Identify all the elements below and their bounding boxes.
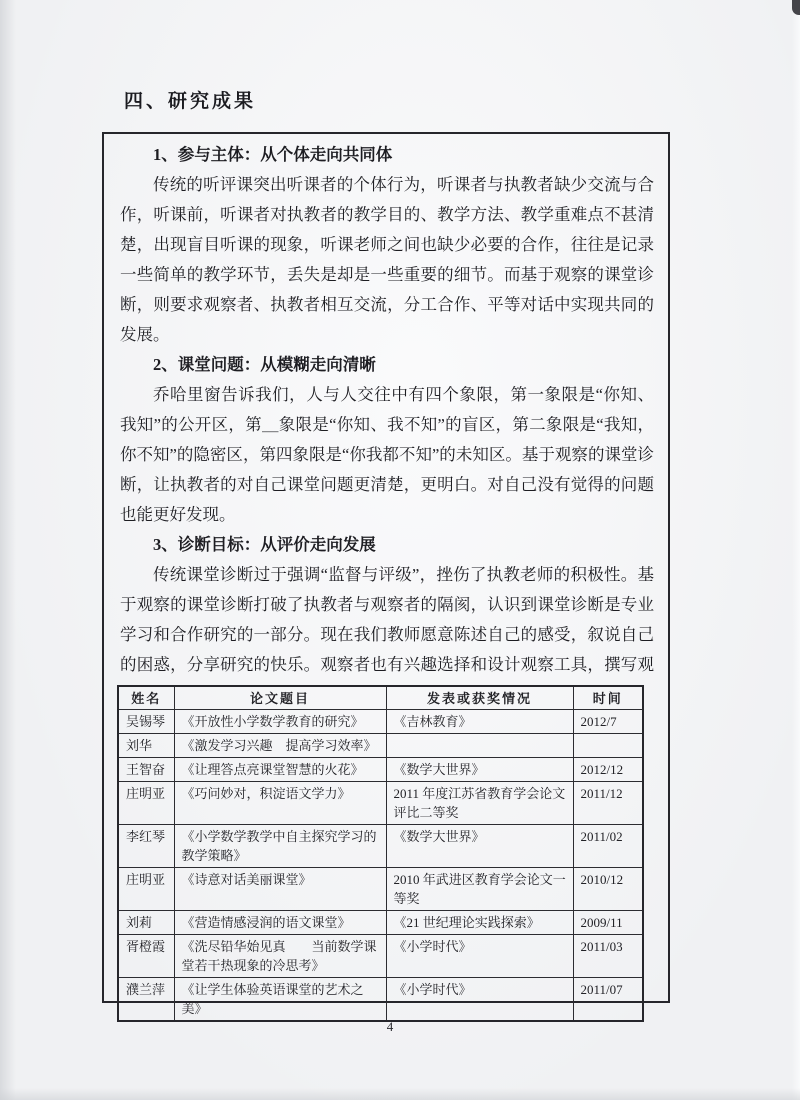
table-row: 吴锡琴 《开放性小学数学教育的研究》 《吉林教育》 2012/7 xyxy=(118,710,643,734)
table-row: 庄明亚 《巧问妙对，积淀语文学力》 2011 年度江苏省教育学会论文评比二等奖 … xyxy=(118,782,643,825)
section-2-heading: 2、课堂问题：从模糊走向清晰 xyxy=(120,350,654,380)
cell-name: 吴锡琴 xyxy=(118,710,174,734)
content-box: 1、参与主体：从个体走向共同体 传统的听评课突出听课者的个体行为，听课者与执教者… xyxy=(102,132,670,1003)
table-row: 王智奋 《让理答点亮课堂智慧的火花》 《数学大世界》 2012/12 xyxy=(118,758,643,782)
cell-publication: 《21 世纪理论实践探索》 xyxy=(386,911,573,935)
cell-date: 2011/07 xyxy=(573,978,643,1022)
cell-name: 刘华 xyxy=(118,734,174,758)
cell-name: 胥橙霞 xyxy=(118,935,174,978)
table-row: 刘华 《激发学习兴趣 提高学习效率》 xyxy=(118,734,643,758)
table-header-row: 姓名 论文题目 发表或获奖情况 时间 xyxy=(118,686,643,710)
cell-paper-title: 《开放性小学数学教育的研究》 xyxy=(174,710,386,734)
cell-publication xyxy=(386,734,573,758)
cell-date: 2011/12 xyxy=(573,782,643,825)
cell-publication: 《小学时代》 xyxy=(386,935,573,978)
cell-name: 庄明亚 xyxy=(118,868,174,911)
cell-paper-title: 《诗意对话美丽课堂》 xyxy=(174,868,386,911)
column-header-publication-award: 发表或获奖情况 xyxy=(386,686,573,710)
column-header-date: 时间 xyxy=(573,686,643,710)
cell-name: 濮兰萍 xyxy=(118,978,174,1022)
cell-date xyxy=(573,734,643,758)
section-1-heading: 1、参与主体：从个体走向共同体 xyxy=(120,140,654,170)
cell-paper-title: 《激发学习兴趣 提高学习效率》 xyxy=(174,734,386,758)
cell-paper-title: 《营造情感浸润的语文课堂》 xyxy=(174,911,386,935)
cell-name: 李红琴 xyxy=(118,825,174,868)
column-header-name: 姓名 xyxy=(118,686,174,710)
cell-paper-title: 《小学数学教学中自主探究学习的教学策略》 xyxy=(174,825,386,868)
cell-date: 2012/7 xyxy=(573,710,643,734)
cell-name: 王智奋 xyxy=(118,758,174,782)
section-3-heading: 3、诊断目标：从评价走向发展 xyxy=(120,530,654,560)
cell-publication: 《吉林教育》 xyxy=(386,710,573,734)
section-3-paragraph: 传统课堂诊断过于强调“监督与评级”，挫伤了执教老师的积极性。基于观察的课堂诊断打… xyxy=(120,560,654,685)
cell-date: 2012/12 xyxy=(573,758,643,782)
page-number: 4 xyxy=(0,1019,780,1035)
text-area: 1、参与主体：从个体走向共同体 传统的听评课突出听课者的个体行为，听课者与执教者… xyxy=(104,134,668,685)
cell-paper-title: 《巧问妙对，积淀语文学力》 xyxy=(174,782,386,825)
cell-name: 庄明亚 xyxy=(118,782,174,825)
cell-name: 刘莉 xyxy=(118,911,174,935)
table-row: 胥橙霞 《洗尽铅华始见真 当前数学课堂若干热现象的冷思考》 《小学时代》 201… xyxy=(118,935,643,978)
cell-publication: 《数学大世界》 xyxy=(386,758,573,782)
cell-paper-title: 《让学生体验英语课堂的艺术之美》 xyxy=(174,978,386,1022)
cell-publication: 2010 年武进区教育学会论文一等奖 xyxy=(386,868,573,911)
cell-publication: 《小学时代》 xyxy=(386,978,573,1022)
scanned-page: 四、研究成果 1、参与主体：从个体走向共同体 传统的听评课突出听课者的个体行为，… xyxy=(0,0,800,1100)
cell-paper-title: 《让理答点亮课堂智慧的火花》 xyxy=(174,758,386,782)
cell-publication: 2011 年度江苏省教育学会论文评比二等奖 xyxy=(386,782,573,825)
column-header-paper-title: 论文题目 xyxy=(174,686,386,710)
cell-paper-title: 《洗尽铅华始见真 当前数学课堂若干热现象的冷思考》 xyxy=(174,935,386,978)
cell-date: 2010/12 xyxy=(573,868,643,911)
table-row: 庄明亚 《诗意对话美丽课堂》 2010 年武进区教育学会论文一等奖 2010/1… xyxy=(118,868,643,911)
table-row: 刘莉 《营造情感浸润的语文课堂》 《21 世纪理论实践探索》 2009/11 xyxy=(118,911,643,935)
table-row: 濮兰萍 《让学生体验英语课堂的艺术之美》 《小学时代》 2011/07 xyxy=(118,978,643,1022)
cell-date: 2011/02 xyxy=(573,825,643,868)
section-1-paragraph: 传统的听评课突出听课者的个体行为，听课者与执教者缺少交流与合作，听课前，听课者对… xyxy=(120,170,654,350)
cell-date: 2009/11 xyxy=(573,911,643,935)
results-table: 姓名 论文题目 发表或获奖情况 时间 吴锡琴 《开放性小学数学教育的研究》 《吉… xyxy=(117,685,644,1022)
scan-corner-artifact xyxy=(792,0,800,15)
cell-publication: 《数学大世界》 xyxy=(386,825,573,868)
page-title: 四、研究成果 xyxy=(124,86,256,113)
section-2-paragraph: 乔哈里窗告诉我们，人与人交往中有四个象限，第一象限是“你知、我知”的公开区，第＿… xyxy=(120,380,654,530)
cell-date: 2011/03 xyxy=(573,935,643,978)
table-row: 李红琴 《小学数学教学中自主探究学习的教学策略》 《数学大世界》 2011/02 xyxy=(118,825,643,868)
